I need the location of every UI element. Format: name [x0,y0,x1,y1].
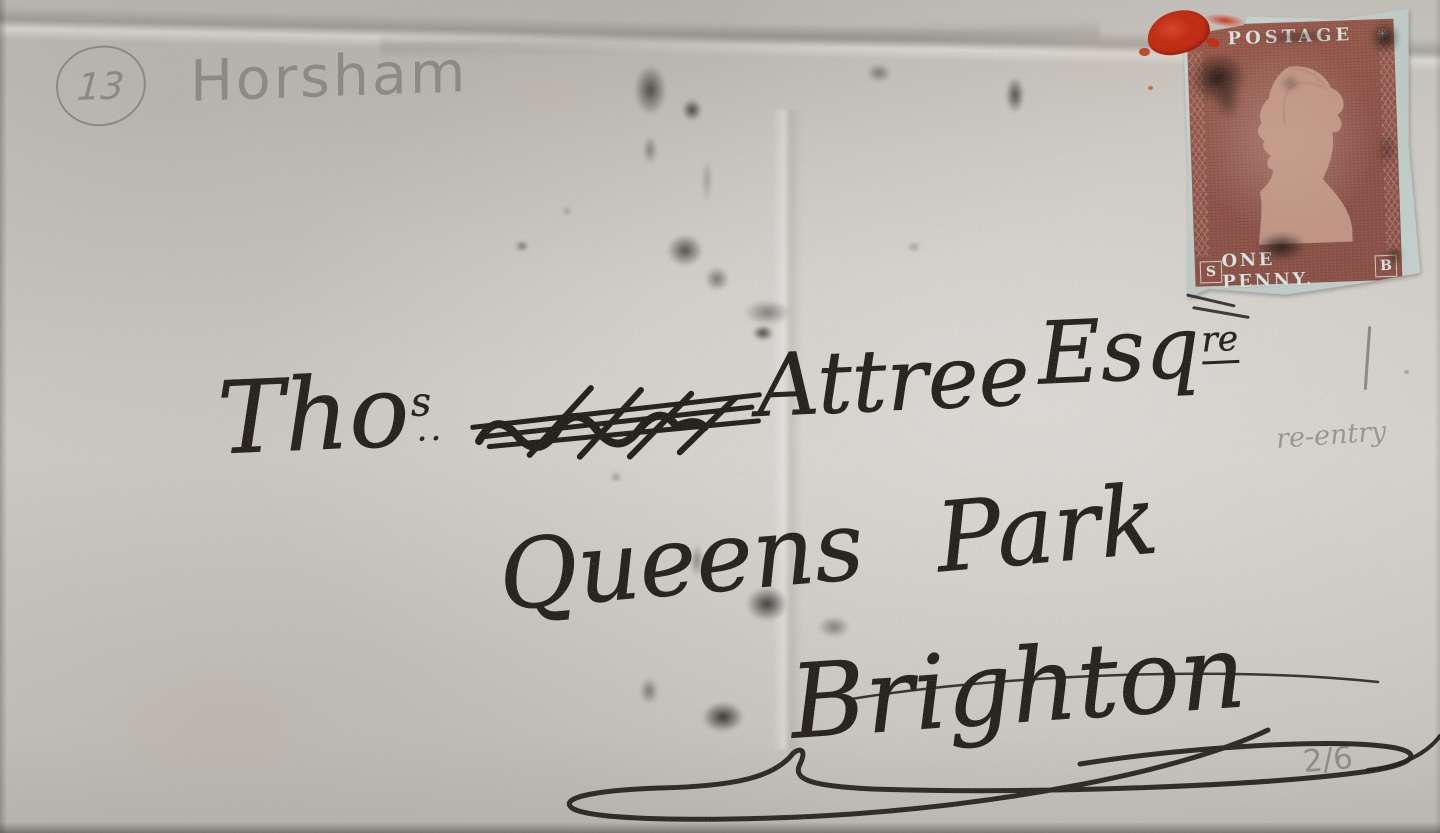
wax-droplet [1148,86,1153,90]
ink-smudge [660,228,710,273]
honorific-superscript: re [1200,319,1239,365]
rate-annotation: 2/6 [1302,740,1355,780]
ink-smudge [694,696,752,738]
paper-edge [0,822,1440,833]
recipient-surname: Attree [755,325,1032,437]
envelope-scan: 13 Horsham re-entry 2/6 Thos·· Attree Es… [0,0,1440,833]
stamp-paper-margin: ✳ POSTAGE ✳ S ONE PENNY. B [1178,8,1421,301]
recipient-honorific: Esqre [1036,296,1241,405]
address-line-1: Thos·· Attree Esqre [215,306,1341,515]
ink-smudge [636,672,662,710]
recipient-given-name: Thos·· [215,350,461,477]
check-letter-left: S [1200,260,1223,283]
ink-smudge [700,262,734,296]
ink-smudge [735,295,800,330]
paper-edge [0,0,7,833]
ink-smudge [812,612,856,642]
ink-smudge [678,95,706,125]
stamp-body: ✳ POSTAGE ✳ S ONE PENNY. B [1186,19,1402,287]
circled-number-annotation: 13 [51,41,150,131]
pencil-tick-mark [1364,326,1371,390]
ink-smudge [512,238,532,254]
ink-smudge [1002,70,1028,120]
ink-smudge [560,205,574,217]
stamp-bottom-band: S ONE PENNY. B [1197,252,1401,286]
stamp-bottom-label: ONE PENNY. [1221,245,1376,292]
stamp-lattice-pattern [1188,51,1209,256]
ink-smudge [700,150,714,210]
catalog-number: 13 [76,64,126,109]
corner-star-icon: ✳ [1376,24,1389,42]
pencil-dot [1404,370,1409,374]
ink-smudge [862,60,896,86]
ink-smudge [640,130,660,170]
ink-smudge [905,240,923,254]
paper-edge [1434,0,1440,833]
horizontal-crease [380,18,1100,59]
paper-stain [470,50,640,135]
wax-droplet [1139,48,1150,56]
check-letter-right: B [1375,254,1398,277]
stamp-lattice-pattern [1379,45,1400,250]
queen-victoria-profile [1219,51,1371,249]
ink-smudge [628,55,673,125]
superscript-dots: ·· [416,419,445,460]
stamp-top-label: POSTAGE [1227,24,1353,49]
address-line-3: Brighton [786,612,1249,762]
penny-red-stamp: ✳ POSTAGE ✳ S ONE PENNY. B [1178,8,1421,301]
struck-out-word [468,366,772,474]
paper-stain [100,660,320,790]
town-annotation: Horsham [190,39,468,115]
